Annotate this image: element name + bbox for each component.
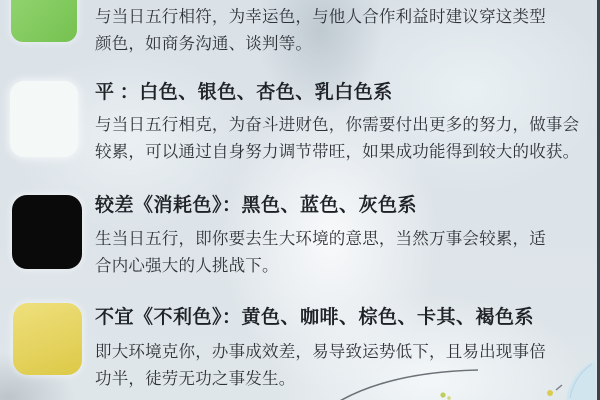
black-swatch [12, 195, 82, 269]
consuming-color-heading: 较差《消耗色》：黑色、蓝色、灰色系 [95, 195, 585, 217]
consuming-color-text-line1: 生当日五行，即你要去生大环境的意思，当然万事会较累，适 [95, 225, 595, 252]
consuming-color-text-line2: 合内心强大的人挑战下。 [95, 252, 595, 279]
neutral-color-heading: 平 ：白色、银色、杏色、乳白色系 [95, 82, 585, 104]
neutral-color-text-line1: 与当日五行相克，为奋斗进财色，你需要付出更多的努力，做事会 [95, 111, 595, 138]
white-swatch [10, 81, 78, 157]
five-elements-color-guide-page: 与当日五行相符，为幸运色，与他人合作利益时建议穿这类型 颜色，如商务沟通、谈判等… [0, 0, 600, 400]
unfavorable-color-text-line1: 即大环境克你，办事成效差，易导致运势低下，且易出现事倍 [95, 338, 595, 365]
yellow-swatch [13, 303, 82, 375]
green-swatch [11, 0, 77, 42]
unfavorable-color-heading: 不宜《不利色》：黄色、咖啡、棕色、卡其、褐色系 [95, 307, 585, 329]
lucky-color-text-line2: 颜色，如商务沟通、谈判等。 [95, 30, 595, 57]
lucky-color-text-line1: 与当日五行相符，为幸运色，与他人合作利益时建议穿这类型 [95, 3, 595, 30]
unfavorable-color-text-line2: 功半，徒劳无功之事发生。 [95, 365, 595, 392]
neutral-color-text-line2: 较累，可以通过自身努力调节带旺，如果成功能得到较大的收获。 [95, 138, 595, 165]
